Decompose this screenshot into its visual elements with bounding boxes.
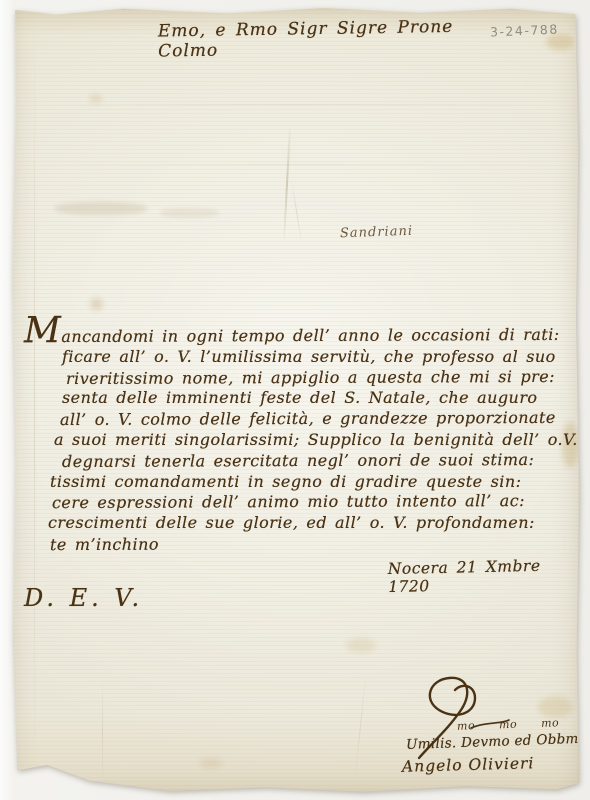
horizontal-crease-mid xyxy=(30,164,560,165)
body-line: crescimenti delle sue glorie, ed all’ o.… xyxy=(24,513,576,534)
center-crease-branch xyxy=(291,176,303,245)
stain-left-margin xyxy=(90,298,103,310)
body-line: a suoi meriti singolarissimi; Supplico l… xyxy=(24,430,576,451)
bottom-center-crease xyxy=(354,666,368,785)
archivist-annotation: Sandriani xyxy=(340,224,413,242)
body-line: degnarsi tenerla esercitata negl’ onori … xyxy=(24,450,576,473)
stain-bottom xyxy=(200,758,222,768)
dateline: Nocera 21 Xmbre 1720 xyxy=(388,556,581,596)
ink-show-through xyxy=(55,202,147,215)
stain-bottom-right xyxy=(538,696,572,718)
salutation-line: Emo, e Rmo Sigr Sigre Prone Colmo xyxy=(158,16,479,61)
center-crease xyxy=(283,124,291,244)
scanned-letter-page: Emo, e Rmo Sigr Sigre Prone Colmo 3-24-7… xyxy=(0,0,590,800)
bottom-left-crease xyxy=(102,678,103,786)
horizontal-crease-upper xyxy=(30,104,560,105)
body-line: te m’inchino xyxy=(24,533,576,556)
closing-initials: D. E. V. xyxy=(24,584,143,612)
body-line: tissimi comandamenti in segno di gradire… xyxy=(24,472,576,493)
letter-body: Mancandomi in ogni tempo dell’ anno le o… xyxy=(24,326,576,555)
body-line: cere espressioni dell’ animo mio tutto i… xyxy=(24,491,576,514)
body-line: all’ o. V. colmo delle felicità, e grand… xyxy=(24,408,576,431)
body-line: riveritissimo nome, mi appiglio a questa… xyxy=(24,366,576,389)
body-line: Mancandomi in ogni tempo dell’ anno le o… xyxy=(24,325,576,348)
catalog-number: 3-24-788 xyxy=(490,22,559,40)
signature-superscripts: mo mo mo xyxy=(457,716,560,733)
ink-show-through xyxy=(160,208,220,218)
body-line: ficare all’ o. V. l’umilissima servitù, … xyxy=(24,347,576,368)
body-line: senta delle imminenti feste del S. Natal… xyxy=(24,388,576,409)
paper-sheet: Emo, e Rmo Sigr Sigre Prone Colmo 3-24-7… xyxy=(10,6,580,794)
stain-lower-center xyxy=(346,638,376,653)
stain-upper-left xyxy=(90,94,102,103)
signature-name: Angelo Olivieri xyxy=(402,754,535,775)
paper-sheet-wrap: Emo, e Rmo Sigr Sigre Prone Colmo 3-24-7… xyxy=(10,6,580,794)
